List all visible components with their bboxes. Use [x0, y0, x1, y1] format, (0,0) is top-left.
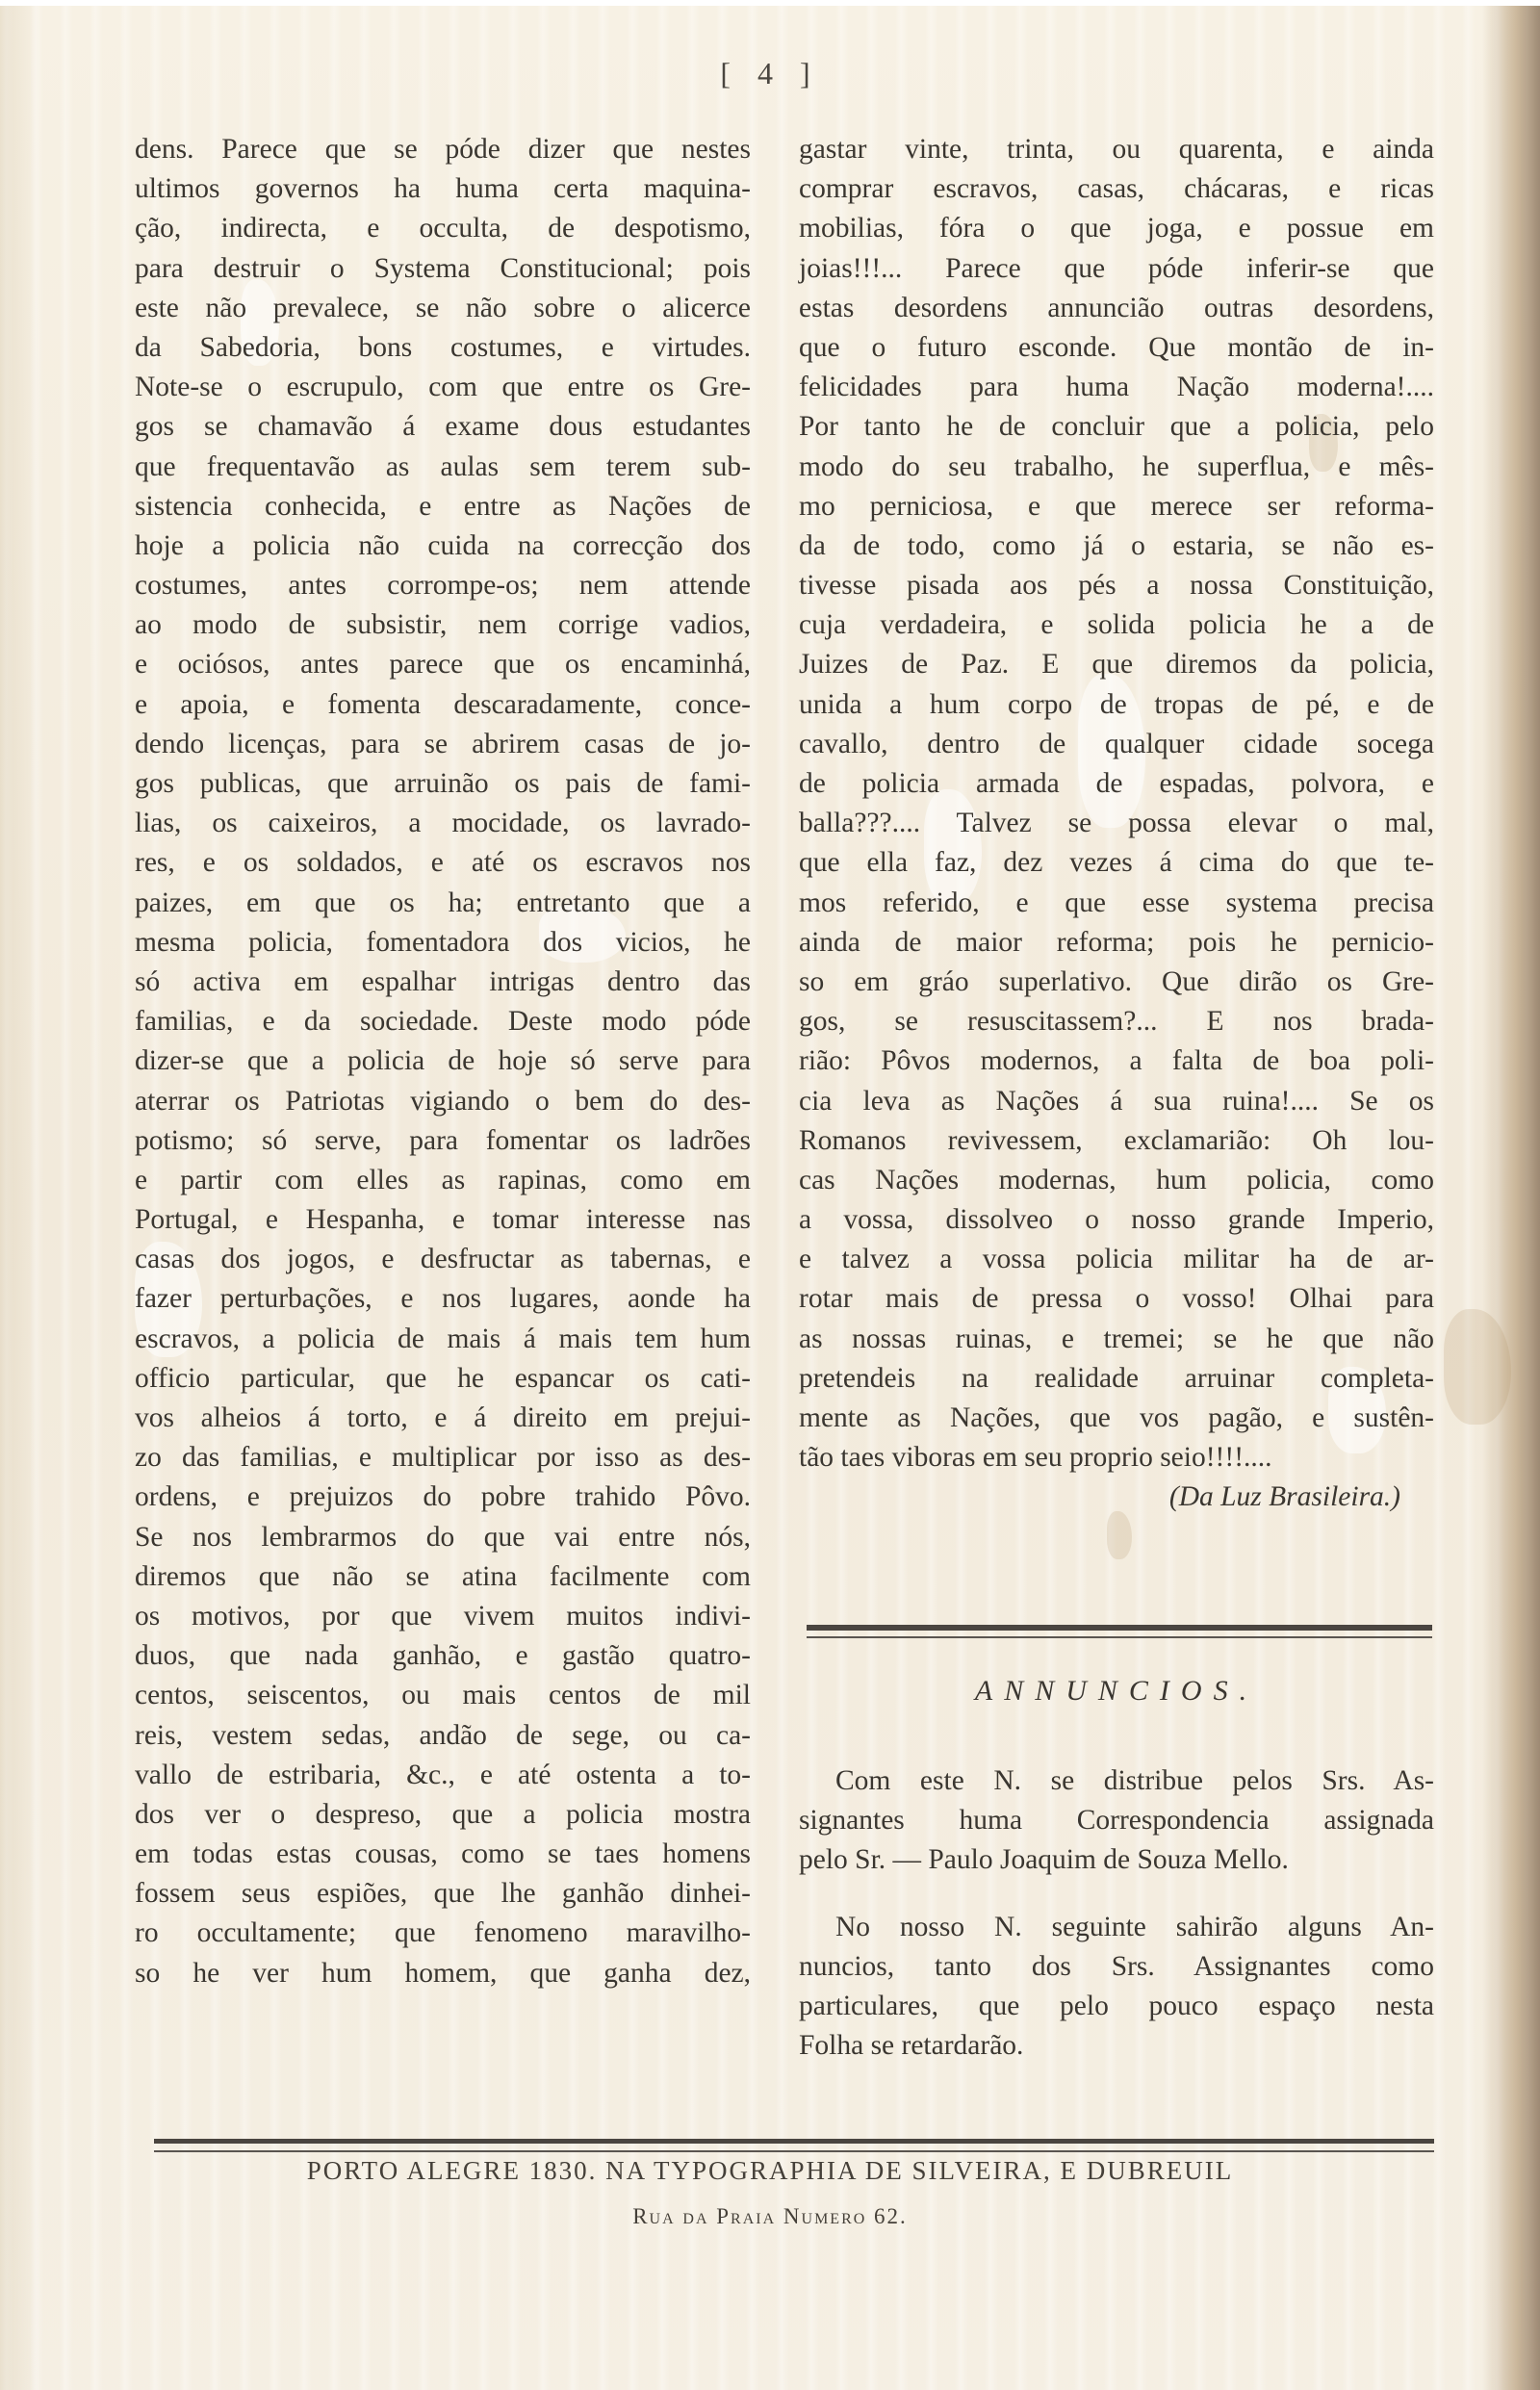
text-line: mesma policia, fomentadora dos vicios, h…: [135, 923, 751, 963]
text-line: familias, e da sociedade. Deste modo pód…: [135, 1002, 751, 1041]
text-line: pretendeis na realidade arruinar complet…: [799, 1359, 1434, 1399]
announcements-body: Com este N. se distribue pelos Srs. As-s…: [799, 1761, 1434, 2093]
text-line: mos referido, e que esse systema precisa: [799, 884, 1434, 923]
text-line: Juizes de Paz. E que diremos da policia,: [799, 645, 1434, 684]
text-line: que frequentavão as aulas sem terem sub-: [135, 448, 751, 487]
announcement-item: Com este N. se distribue pelos Srs. As-s…: [799, 1761, 1434, 1881]
section-divider-rule: [807, 1625, 1432, 1638]
left-text-column: dens. Parece que se póde dizer que neste…: [135, 130, 751, 1993]
text-line: cuja verdadeira, e solida policia he a d…: [799, 605, 1434, 645]
text-line: ultimos governos ha huma certa maquina-: [135, 169, 751, 209]
text-line: joias!!!... Parece que póde inferir-se q…: [799, 249, 1434, 289]
text-line: a vossa, dissolveo o nosso grande Imperi…: [799, 1200, 1434, 1240]
text-line: em todas estas cousas, como se taes home…: [135, 1835, 751, 1874]
text-line: fazer perturbações, e nos lugares, aonde…: [135, 1279, 751, 1319]
text-line: Portugal, e Hespanha, e tomar interesse …: [135, 1200, 751, 1240]
text-line: este não prevalece, se não sobre o alice…: [135, 289, 751, 328]
text-line: que ella faz, dez vezes á cima do que te…: [799, 843, 1434, 883]
text-line: e apoia, e fomenta descaradamente, conce…: [135, 685, 751, 725]
text-line: comprar escravos, casas, chácaras, e ric…: [799, 169, 1434, 209]
text-line: dendo licenças, para se abrirem casas de…: [135, 725, 751, 764]
text-line: ro occultamente; que fenomeno maravilho-: [135, 1914, 751, 1953]
text-line: potismo; só serve, para fomentar os ladr…: [135, 1121, 751, 1161]
announcement-item: No nosso N. seguinte sahirão alguns An-n…: [799, 1908, 1434, 2067]
text-line: Com este N. se distribue pelos Srs. As-: [799, 1761, 1434, 1801]
text-line: Se nos lembrarmos do que vai entre nós,: [135, 1518, 751, 1557]
text-line: so he ver hum homem, que ganha dez,: [135, 1954, 751, 1993]
text-line: de policia armada de espadas, polvora, e: [799, 764, 1434, 804]
text-line: felicidades para huma Nação moderna!....: [799, 368, 1434, 407]
text-line: mente as Nações, que vos pagão, e sustên…: [799, 1399, 1434, 1438]
text-line: vos alheios á torto, e á direito em prej…: [135, 1399, 751, 1438]
text-line: pelo Sr. — Paulo Joaquim de Souza Mello.: [799, 1840, 1434, 1880]
printer-imprint: PORTO ALEGRE 1830. NA TYPOGRAPHIA DE SIL…: [0, 2156, 1540, 2186]
thin-rule: [154, 2150, 1434, 2152]
text-line: gos se chamavão á exame dous estudantes: [135, 407, 751, 447]
text-line: e partir com elles as rapinas, como em: [135, 1161, 751, 1200]
text-line: escravos, a policia de mais á mais tem h…: [135, 1320, 751, 1359]
text-line: que o futuro esconde. Que montão de in-: [799, 328, 1434, 368]
text-line: dizer-se que a policia de hoje só serve …: [135, 1041, 751, 1081]
text-line: sistencia conhecida, e entre as Nações d…: [135, 487, 751, 527]
text-line: cas Nações modernas, hum policia, como: [799, 1161, 1434, 1200]
article-continuation: gastar vinte, trinta, ou quarenta, e ain…: [799, 130, 1434, 1478]
text-line: so em gráo superlativo. Que dirão os Gre…: [799, 963, 1434, 1002]
newspaper-page: [ 4 ] dens. Parece que se póde dizer que…: [0, 0, 1540, 2390]
text-line: tivesse pisada aos pés a nossa Constitui…: [799, 566, 1434, 605]
text-line: duos, que nada ganhão, e gastão quatro-: [135, 1636, 751, 1676]
text-line: reis, vestem sedas, andão de sege, ou ca…: [135, 1716, 751, 1756]
text-line: ordens, e prejuizos do pobre trahido Pôv…: [135, 1478, 751, 1517]
text-line: para destruir o Systema Constitucional; …: [135, 249, 751, 289]
text-line: signantes huma Correspondencia assignada: [799, 1801, 1434, 1840]
text-line: No nosso N. seguinte sahirão alguns An-: [799, 1908, 1434, 1947]
text-line: hoje a policia não cuida na correcção do…: [135, 527, 751, 566]
text-line: as nossas ruinas, e tremei; se he que nã…: [799, 1320, 1434, 1359]
scan-top-edge: [0, 0, 1540, 6]
text-line: e ociósos, antes parece que os encaminhá…: [135, 645, 751, 684]
text-line: Note-se o escrupulo, com que entre os Gr…: [135, 368, 751, 407]
text-line: Romanos revivessem, exclamarião: Oh lou-: [799, 1121, 1434, 1161]
text-line: vallo de estribaria, &c., e até ostenta …: [135, 1756, 751, 1795]
text-line: Folha se retardarão.: [799, 2026, 1434, 2066]
text-line: gos, se resuscitassem?... E nos brada-: [799, 1002, 1434, 1041]
text-line: tão taes viboras em seu proprio seio!!!!…: [799, 1438, 1434, 1478]
text-line: casas dos jogos, e desfructar as taberna…: [135, 1240, 751, 1279]
announcements-heading: ANNUNCIOS.: [799, 1675, 1434, 1708]
text-line: ao modo de subsistir, nem corrige vadios…: [135, 605, 751, 645]
text-line: res, e os soldados, e até os escravos no…: [135, 843, 751, 883]
article-source-signature: (Da Luz Brasileira.): [799, 1478, 1434, 1517]
text-line: dens. Parece que se póde dizer que neste…: [135, 130, 751, 169]
text-line: diremos que não se atina facilmente com: [135, 1557, 751, 1597]
text-line: rião: Pôvos modernos, a falta de boa pol…: [799, 1041, 1434, 1081]
text-line: cavallo, dentro de qualquer cidade soceg…: [799, 725, 1434, 764]
footer-divider-rule: [154, 2139, 1434, 2152]
text-line: os motivos, por que vivem muitos indivi-: [135, 1597, 751, 1636]
foxing-stain: [1107, 1511, 1132, 1559]
text-line: zo das familias, e multiplicar por isso …: [135, 1438, 751, 1478]
text-line: gastar vinte, trinta, ou quarenta, e ain…: [799, 130, 1434, 169]
text-line: Por tanto he de concluir que a policia, …: [799, 407, 1434, 447]
text-line: gos publicas, que arruinão os pais de fa…: [135, 764, 751, 804]
text-line: unida a hum corpo de tropas de pé, e de: [799, 685, 1434, 725]
page-number: [ 4 ]: [0, 56, 1540, 91]
text-line: estas desordens annuncião outras desorde…: [799, 289, 1434, 328]
text-line: mobilias, fóra o que joga, e possue em: [799, 209, 1434, 248]
printer-address: Rua da Praia Numero 62.: [0, 2204, 1540, 2229]
text-line: modo do seu trabalho, he superflua, e mê…: [799, 448, 1434, 487]
text-line: paizes, em que os ha; entretanto que a: [135, 884, 751, 923]
thin-rule: [807, 1636, 1432, 1638]
text-line: nuncios, tanto dos Srs. Assignantes como: [799, 1947, 1434, 1987]
foxing-stain: [1444, 1309, 1511, 1425]
text-line: costumes, antes corrompe-os; nem attende: [135, 566, 751, 605]
text-line: lias, os caixeiros, a mocidade, os lavra…: [135, 804, 751, 843]
text-line: da de todo, como já o estaria, se não es…: [799, 527, 1434, 566]
right-text-column: gastar vinte, trinta, ou quarenta, e ain…: [799, 130, 1434, 1518]
text-line: cia leva as Nações á sua ruina!.... Se o…: [799, 1082, 1434, 1121]
text-line: officio particular, que he espancar os c…: [135, 1359, 751, 1399]
text-line: balla???.... Talvez se possa elevar o ma…: [799, 804, 1434, 843]
text-line: centos, seiscentos, ou mais centos de mi…: [135, 1676, 751, 1715]
text-line: só activa em espalhar intrigas dentro da…: [135, 963, 751, 1002]
text-line: fossem seus espiões, que lhe ganhão dinh…: [135, 1874, 751, 1914]
text-line: ção, indirecta, e occulta, de despotismo…: [135, 209, 751, 248]
text-line: ainda de maior reforma; pois he pernicio…: [799, 923, 1434, 963]
text-line: rotar mais de pressa o vosso! Olhai para: [799, 1279, 1434, 1319]
text-line: dos ver o despreso, que a policia mostra: [135, 1795, 751, 1835]
text-line: mo perniciosa, e que merece ser reforma-: [799, 487, 1434, 527]
text-line: e talvez a vossa policia militar ha de a…: [799, 1240, 1434, 1279]
text-line: aterrar os Patriotas vigiando o bem do d…: [135, 1082, 751, 1121]
text-line: particulares, que pelo pouco espaço nest…: [799, 1987, 1434, 2026]
text-line: da Sabedoria, bons costumes, e virtudes.: [135, 328, 751, 368]
